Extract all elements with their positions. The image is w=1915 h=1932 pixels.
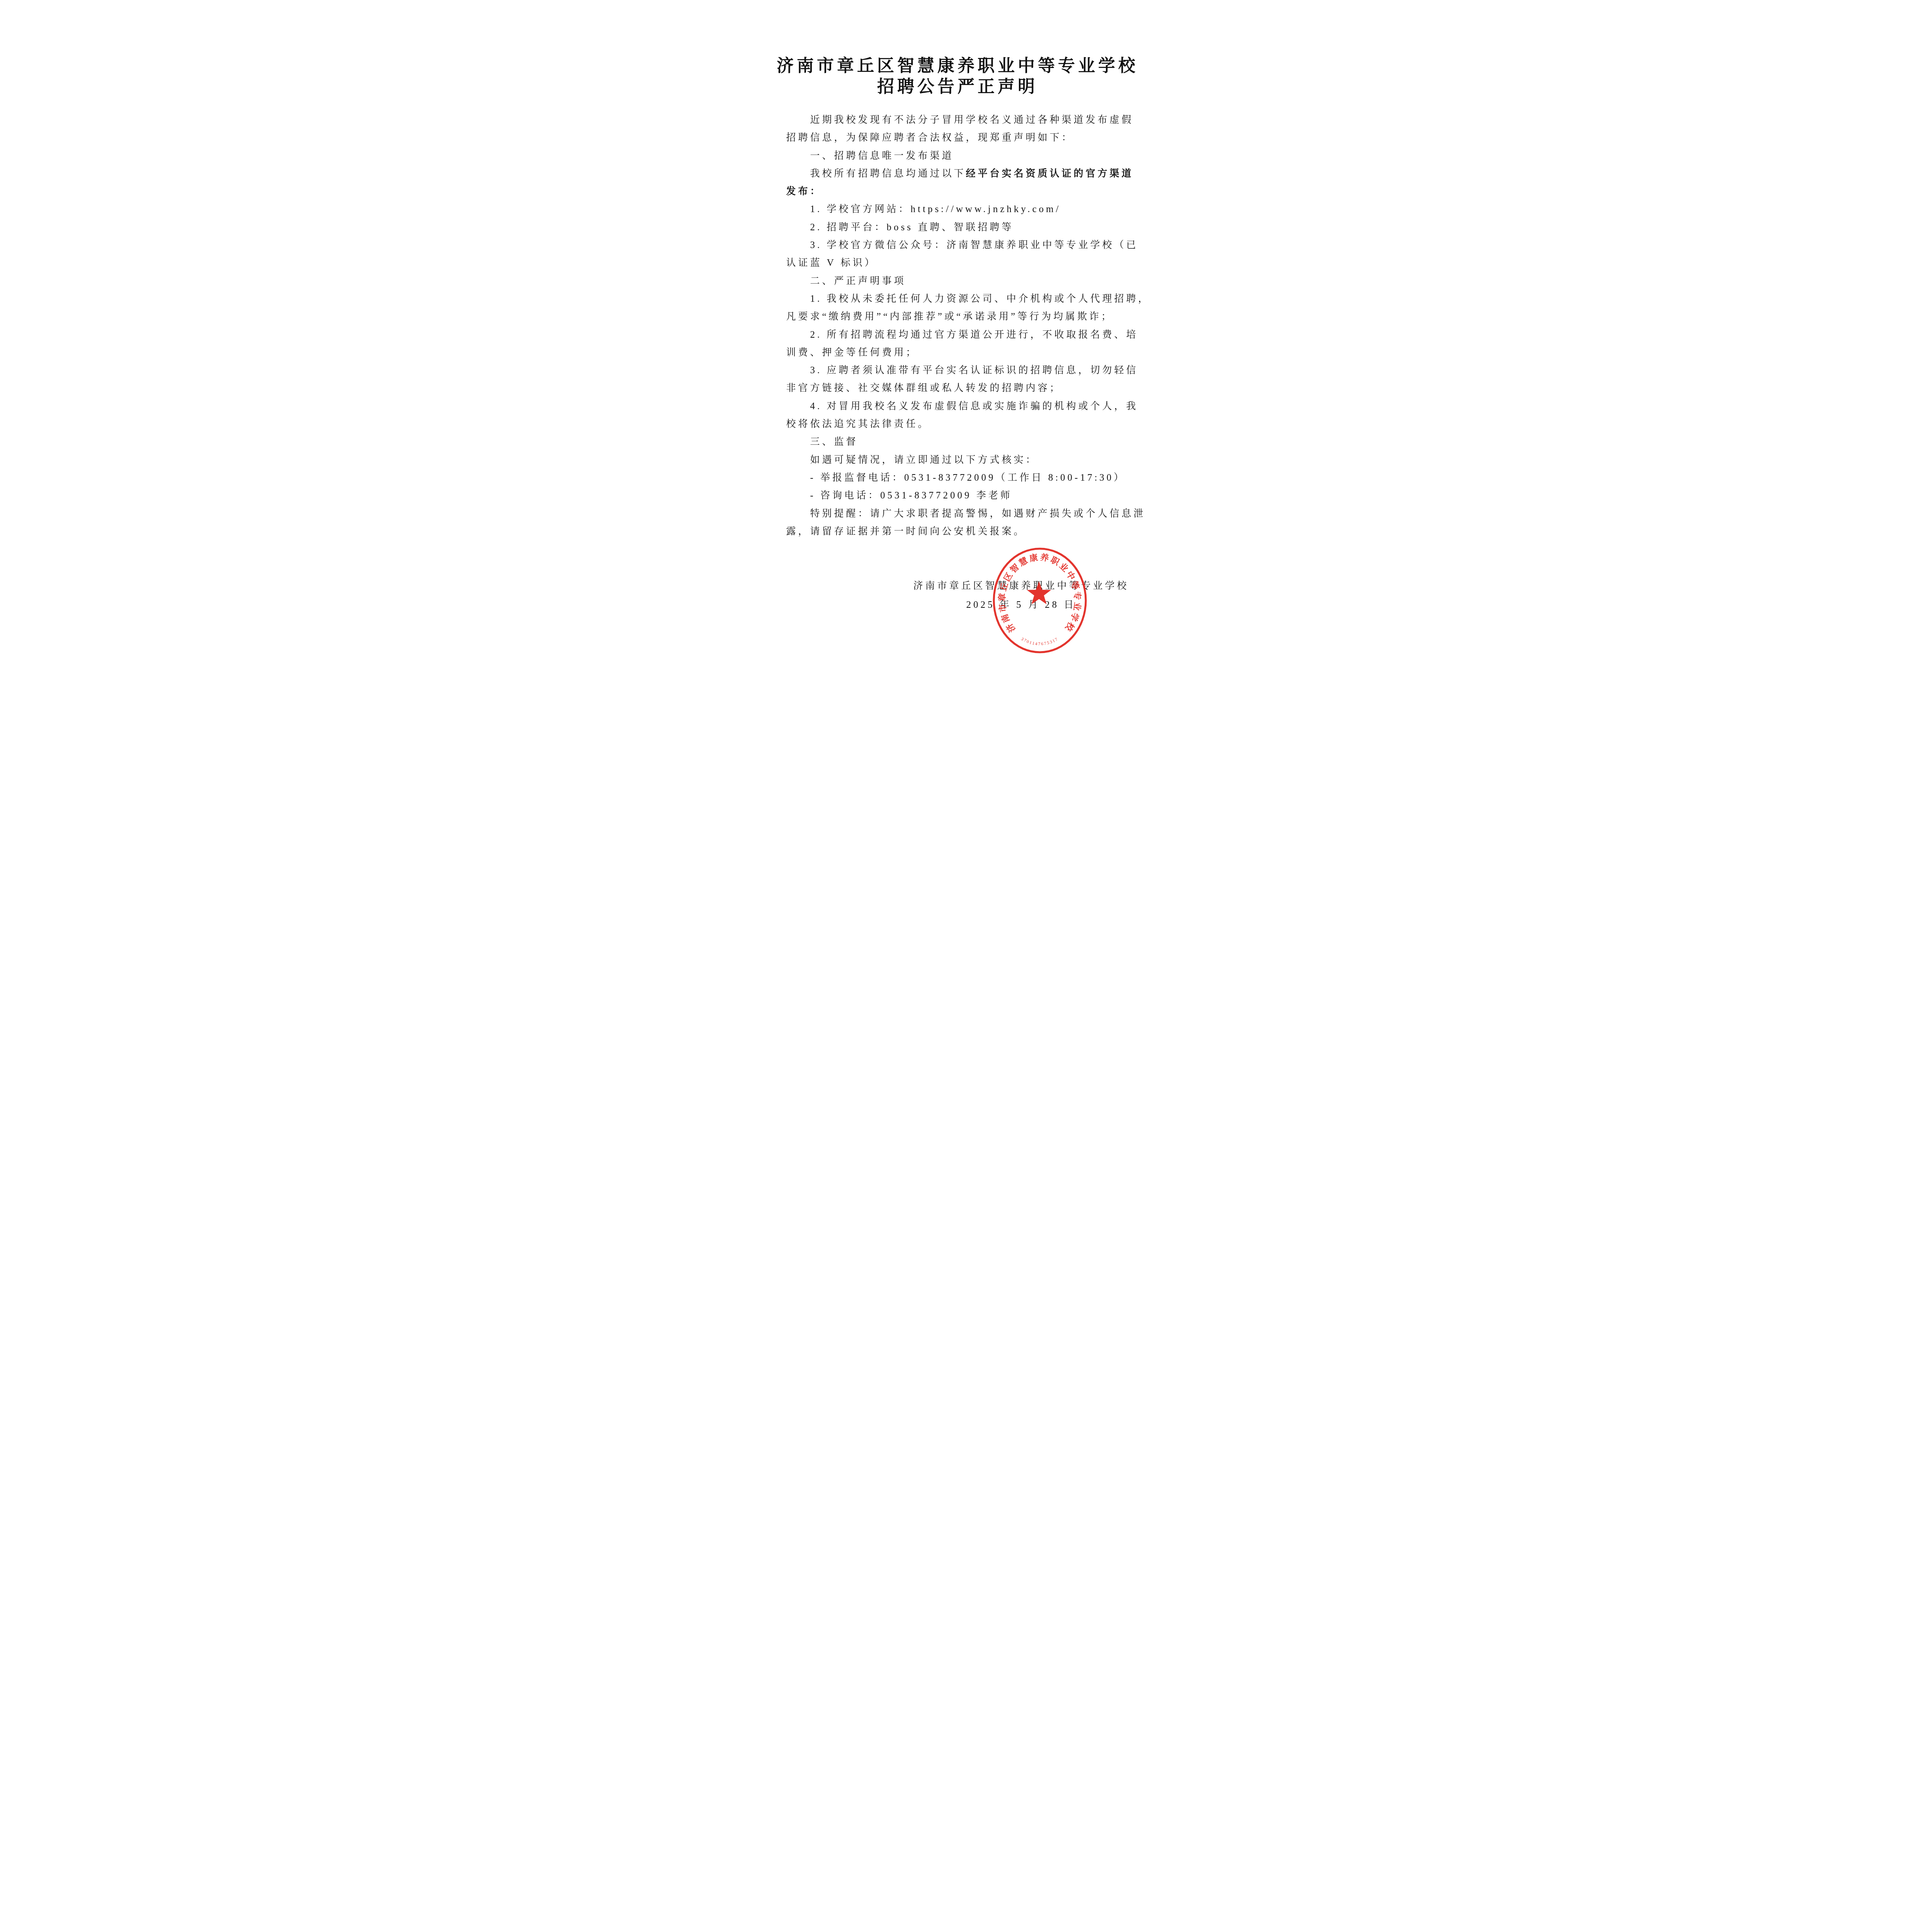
body-line: 1. 我校从未委托任何人力资源公司、中介机构或个人代理招聘， (786, 290, 1134, 308)
body-line: 发布： (786, 183, 1134, 201)
body-line: 我校所有招聘信息均通过以下经平台实名资质认证的官方渠道 (786, 165, 1134, 183)
body-text: 非官方链接、社交媒体群组或私人转发的招聘内容； (786, 383, 1062, 393)
body-text: 校将依法追究其法律责任。 (786, 419, 930, 429)
body-line: 认证蓝 V 标识） (786, 254, 1134, 272)
document-body: 近期我校发现有不法分子冒用学校名义通过各种渠道发布虚假招聘信息，为保障应聘者合法… (786, 111, 1134, 541)
signature-date: 2025 年 5 月 28 日 (913, 595, 1129, 614)
body-line: 一、招聘信息唯一发布渠道 (786, 147, 1134, 165)
body-text: 训费、押金等任何费用； (786, 347, 918, 358)
body-line: 三、监督 (786, 433, 1134, 451)
body-text: 1. 学校官方网站：https://www.jnzhky.com/ (810, 204, 1061, 214)
body-text: - 咨询电话：0531-83772009 李老师 (810, 490, 1012, 501)
body-line: 特别提醒：请广大求职者提高警惕，如遇财产损失或个人信息泄 (786, 505, 1134, 523)
body-line: 近期我校发现有不法分子冒用学校名义通过各种渠道发布虚假 (786, 111, 1134, 129)
body-text-bold: 经平台实名资质认证的官方渠道 (966, 168, 1134, 179)
body-text: 近期我校发现有不法分子冒用学校名义通过各种渠道发布虚假 (810, 115, 1134, 125)
body-line: 3. 应聘者须认准带有平台实名认证标识的招聘信息，切勿轻信 (786, 362, 1134, 379)
body-line: - 举报监督电话：0531-83772009（工作日 8:00-17:30） (786, 469, 1134, 487)
body-text: 我校所有招聘信息均通过以下 (810, 168, 966, 179)
body-line: - 咨询电话：0531-83772009 李老师 (786, 487, 1134, 505)
body-text: 1. 我校从未委托任何人力资源公司、中介机构或个人代理招聘， (810, 294, 1150, 304)
title-line-2: 招聘公告严正声明 (718, 77, 1197, 97)
body-line: 2. 招聘平台：boss 直聘、智联招聘等 (786, 219, 1134, 236)
body-text: 2. 招聘平台：boss 直聘、智联招聘等 (810, 222, 1014, 233)
body-line: 如遇可疑情况，请立即通过以下方式核实： (786, 451, 1134, 469)
body-text: 认证蓝 V 标识） (786, 258, 877, 268)
body-line: 2. 所有招聘流程均通过官方渠道公开进行，不收取报名费、培 (786, 326, 1134, 344)
body-text-bold: 发布： (786, 186, 822, 197)
body-line: 非官方链接、社交媒体群组或私人转发的招聘内容； (786, 379, 1134, 397)
body-line: 露，请留存证据并第一时间向公安机关报案。 (786, 523, 1134, 541)
body-text: 招聘信息，为保障应聘者合法权益，现郑重声明如下： (786, 133, 1074, 143)
signature-block: 济南市章丘区智慧康养职业中等专业学校 2025 年 5 月 28 日 (913, 577, 1129, 614)
body-line: 1. 学校官方网站：https://www.jnzhky.com/ (786, 201, 1134, 218)
body-line: 招聘信息，为保障应聘者合法权益，现郑重声明如下： (786, 129, 1134, 147)
body-text: 特别提醒：请广大求职者提高警惕，如遇财产损失或个人信息泄 (810, 509, 1146, 519)
body-line: 凡要求“缴纳费用”“内部推荐”或“承诺录用”等行为均属欺诈； (786, 308, 1134, 326)
body-line: 3. 学校官方微信公众号：济南智慧康养职业中等专业学校（已 (786, 236, 1134, 254)
body-text: 凡要求“缴纳费用”“内部推荐”或“承诺录用”等行为均属欺诈； (786, 311, 1114, 322)
body-text: 3. 学校官方微信公众号：济南智慧康养职业中等专业学校（已 (810, 240, 1138, 250)
svg-text:3701147675317: 3701147675317 (1020, 637, 1059, 647)
body-text: 2. 所有招聘流程均通过官方渠道公开进行，不收取报名费、培 (810, 330, 1138, 340)
body-text: 三、监督 (810, 437, 858, 447)
body-line: 训费、押金等任何费用； (786, 344, 1134, 362)
body-text: 一、招聘信息唯一发布渠道 (810, 151, 954, 161)
body-line: 二、严正声明事项 (786, 272, 1134, 290)
body-line: 校将依法追究其法律责任。 (786, 415, 1134, 433)
seal-serial-number: 3701147675317 (1020, 637, 1059, 647)
body-text: 3. 应聘者须认准带有平台实名认证标识的招聘信息，切勿轻信 (810, 365, 1138, 376)
body-text: 二、严正声明事项 (810, 276, 906, 286)
title-line-1: 济南市章丘区智慧康养职业中等专业学校 (718, 56, 1197, 77)
signature-school-name: 济南市章丘区智慧康养职业中等专业学校 (913, 577, 1129, 595)
document-page: 济南市章丘区智慧康养职业中等专业学校 招聘公告严正声明 近期我校发现有不法分子冒… (718, 0, 1197, 677)
body-text: - 举报监督电话：0531-83772009（工作日 8:00-17:30） (810, 473, 1126, 483)
body-text: 4. 对冒用我校名义发布虚假信息或实施诈骗的机构或个人，我 (810, 401, 1138, 412)
document-title: 济南市章丘区智慧康养职业中等专业学校 招聘公告严正声明 (718, 56, 1197, 97)
body-line: 4. 对冒用我校名义发布虚假信息或实施诈骗的机构或个人，我 (786, 398, 1134, 415)
body-text: 如遇可疑情况，请立即通过以下方式核实： (810, 455, 1038, 465)
body-text: 露，请留存证据并第一时间向公安机关报案。 (786, 526, 1026, 537)
